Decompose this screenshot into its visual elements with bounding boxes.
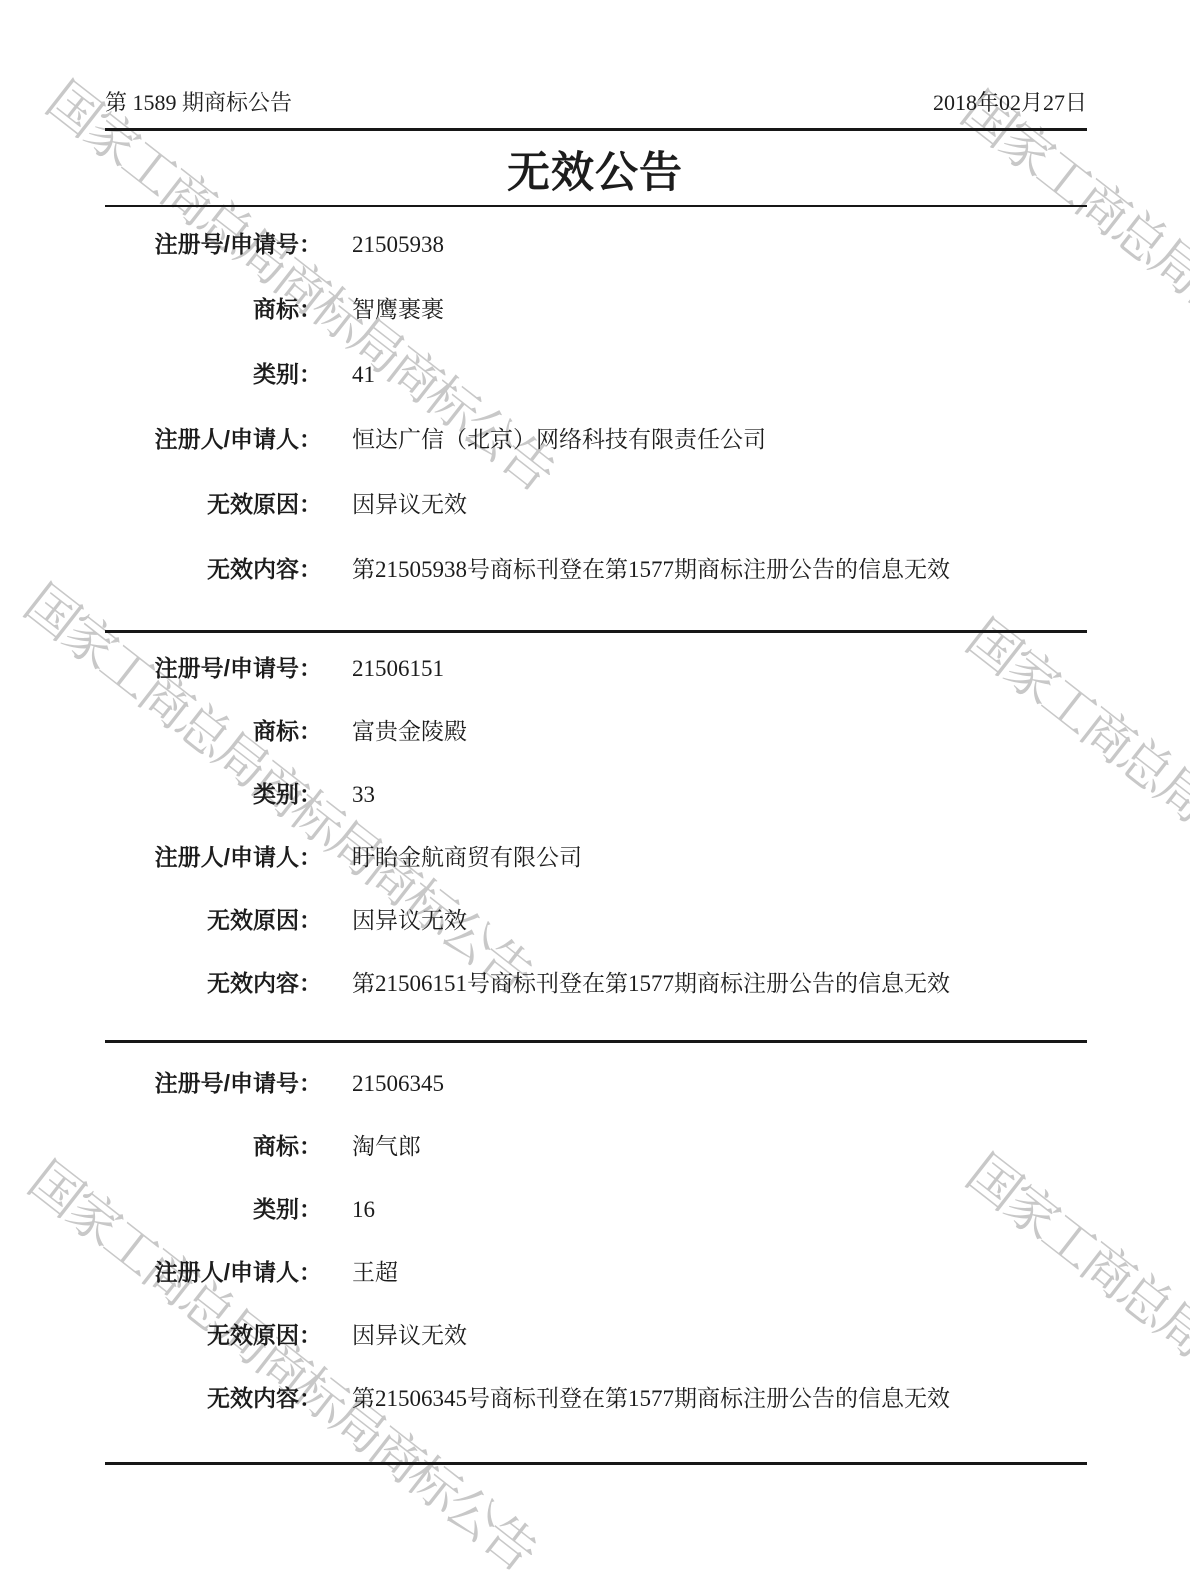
- field-label-reg-no: 注册号/申请号：: [105, 1065, 322, 1098]
- field-row-content: 无效内容： 第21505938号商标刊登在第1577期商标注册公告的信息无效: [105, 551, 1130, 575]
- field-row-content: 无效内容： 第21506345号商标刊登在第1577期商标注册公告的信息无效: [105, 1380, 1130, 1404]
- record-separator-1: [105, 630, 1087, 633]
- gazette-page: 国家工商总局商标局商标公告 国家工商总局商标局商标公告 国家工商总局商标局商标公…: [0, 0, 1190, 1586]
- title-rule: [105, 205, 1087, 207]
- field-label-reg-no: 注册号/申请号：: [105, 226, 322, 259]
- field-value-reason: 因异议无效: [352, 902, 467, 935]
- field-value-content: 第21506151号商标刊登在第1577期商标注册公告的信息无效: [352, 965, 950, 998]
- page-title: 无效公告: [0, 139, 1190, 200]
- field-label-class: 类别：: [105, 356, 322, 389]
- field-row-trademark: 商标： 富贵金陵殿: [105, 713, 1130, 737]
- field-label-content: 无效内容：: [105, 1380, 322, 1413]
- field-label-content: 无效内容：: [105, 551, 322, 584]
- field-label-trademark: 商标：: [105, 713, 322, 746]
- field-label-class: 类别：: [105, 776, 322, 809]
- content-layer: 第 1589 期商标公告 2018年02月27日 无效公告 注册号/申请号： 2…: [0, 0, 1190, 1586]
- field-value-reg-no: 21506345: [352, 1071, 444, 1097]
- header-rule: [105, 128, 1087, 131]
- field-value-registrant: 恒达广信（北京）网络科技有限责任公司: [352, 421, 766, 454]
- field-row-reason: 无效原因： 因异议无效: [105, 902, 1130, 926]
- record-separator-2: [105, 1040, 1087, 1043]
- gazette-issue-label: 第 1589 期商标公告: [105, 86, 292, 117]
- field-label-reason: 无效原因：: [105, 486, 322, 519]
- field-label-trademark: 商标：: [105, 1128, 322, 1161]
- field-value-registrant: 王超: [352, 1254, 398, 1287]
- field-row-reason: 无效原因： 因异议无效: [105, 486, 1130, 510]
- field-value-content: 第21505938号商标刊登在第1577期商标注册公告的信息无效: [352, 551, 950, 584]
- field-row-reg-no: 注册号/申请号： 21506345: [105, 1065, 1130, 1089]
- record-2: 注册号/申请号： 21506151 商标： 富贵金陵殿 类别： 33 注册人/申…: [105, 650, 1130, 1028]
- field-label-trademark: 商标：: [105, 291, 322, 324]
- record-3: 注册号/申请号： 21506345 商标： 淘气郎 类别： 16 注册人/申请人…: [105, 1065, 1130, 1443]
- field-value-trademark: 智鹰裹裹: [352, 291, 444, 324]
- field-value-reason: 因异议无效: [352, 1317, 467, 1350]
- field-value-trademark: 富贵金陵殿: [352, 713, 467, 746]
- field-label-reason: 无效原因：: [105, 1317, 322, 1350]
- field-row-trademark: 商标： 智鹰裹裹: [105, 291, 1130, 315]
- field-value-reason: 因异议无效: [352, 486, 467, 519]
- gazette-date: 2018年02月27日: [933, 86, 1087, 117]
- field-value-trademark: 淘气郎: [352, 1128, 421, 1161]
- field-value-class: 41: [352, 362, 375, 388]
- field-row-class: 类别： 16: [105, 1191, 1130, 1215]
- page-bottom-rule: [105, 1462, 1087, 1465]
- field-label-reg-no: 注册号/申请号：: [105, 650, 322, 683]
- field-label-content: 无效内容：: [105, 965, 322, 998]
- field-value-class: 33: [352, 782, 375, 808]
- field-value-content: 第21506345号商标刊登在第1577期商标注册公告的信息无效: [352, 1380, 950, 1413]
- field-row-reason: 无效原因： 因异议无效: [105, 1317, 1130, 1341]
- field-row-class: 类别： 41: [105, 356, 1130, 380]
- field-row-reg-no: 注册号/申请号： 21505938: [105, 226, 1130, 250]
- field-value-registrant: 盱眙金航商贸有限公司: [352, 839, 582, 872]
- field-label-reason: 无效原因：: [105, 902, 322, 935]
- field-value-reg-no: 21505938: [352, 232, 444, 258]
- field-label-registrant: 注册人/申请人：: [105, 1254, 322, 1287]
- field-label-registrant: 注册人/申请人：: [105, 839, 322, 872]
- field-label-class: 类别：: [105, 1191, 322, 1224]
- field-row-registrant: 注册人/申请人： 盱眙金航商贸有限公司: [105, 839, 1130, 863]
- record-1: 注册号/申请号： 21505938 商标： 智鹰裹裹 类别： 41 注册人/申请…: [105, 226, 1130, 616]
- field-row-registrant: 注册人/申请人： 王超: [105, 1254, 1130, 1278]
- field-label-registrant: 注册人/申请人：: [105, 421, 322, 454]
- field-row-registrant: 注册人/申请人： 恒达广信（北京）网络科技有限责任公司: [105, 421, 1130, 445]
- field-row-trademark: 商标： 淘气郎: [105, 1128, 1130, 1152]
- field-value-class: 16: [352, 1197, 375, 1223]
- field-value-reg-no: 21506151: [352, 656, 444, 682]
- field-row-class: 类别： 33: [105, 776, 1130, 800]
- field-row-content: 无效内容： 第21506151号商标刊登在第1577期商标注册公告的信息无效: [105, 965, 1130, 989]
- field-row-reg-no: 注册号/申请号： 21506151: [105, 650, 1130, 674]
- page-header: 第 1589 期商标公告 2018年02月27日: [105, 86, 1087, 117]
